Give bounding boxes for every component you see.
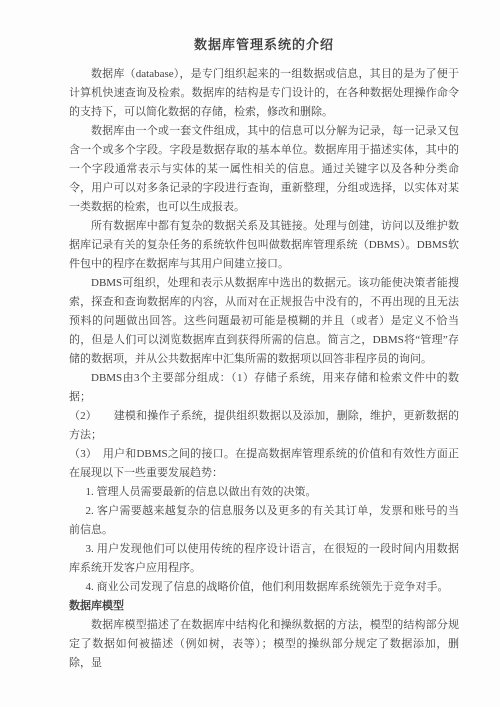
paragraph-database-model: 数据库模型描述了在数据库中结构化和操纵数据的方法，模型的结构部分规定了数据如何被… [69,616,459,673]
trend-item-1: 1. 管理人员需要最新的信息以做出有效的决策。 [69,483,459,502]
paragraph-dbms-part2: （2） 建模和操作子系统，提供组织数据以及添加，删除，维护，更新数据的方法； [69,407,459,445]
trend-item-3: 3. 用户发现他们可以使用传统的程序设计语言，在很短的一段时间内用数据库系统开发… [69,540,459,578]
document-page: 数据库管理系统的介绍 数据库（database），是专门组织起来的一组数据或信息… [0,0,500,707]
trend-item-2: 2. 客户需要越来越复杂的信息服务以及更多的有关其订单，发票和账号的当前信息。 [69,502,459,540]
page-title: 数据库管理系统的介绍 [69,34,459,53]
paragraph-dbms-parts-lead: DBMS由3个主要部分组成：（1）存储子系统，用来存储和检索文件中的数据； [69,369,459,407]
paragraph-database-definition: 数据库（database），是专门组织起来的一组数据或信息，其目的是为了便于计算… [69,65,459,122]
paragraph-dbms-definition: 所有数据库中都有复杂的数据关系及其链接。处理与创建，访问以及维护数据库记录有关的… [69,217,459,274]
paragraph-dbms-part3: （3） 用户和DBMS之间的接口。在提高数据库管理系统的价值和有效性方面正在展现… [69,445,459,483]
paragraph-files-records-fields: 数据库由一个或一套文件组成，其中的信息可以分解为记录，每一记录又包含一个或多个字… [69,122,459,217]
section-heading-database-model: 数据库模型 [69,597,459,616]
trend-item-4: 4. 商业公司发现了信息的战略价值，他们利用数据库系统领先于竞争对手。 [69,578,459,597]
paragraph-dbms-function: DBMS可组织，处理和表示从数据库中选出的数据元。该功能使决策者能搜索，探查和查… [69,274,459,369]
